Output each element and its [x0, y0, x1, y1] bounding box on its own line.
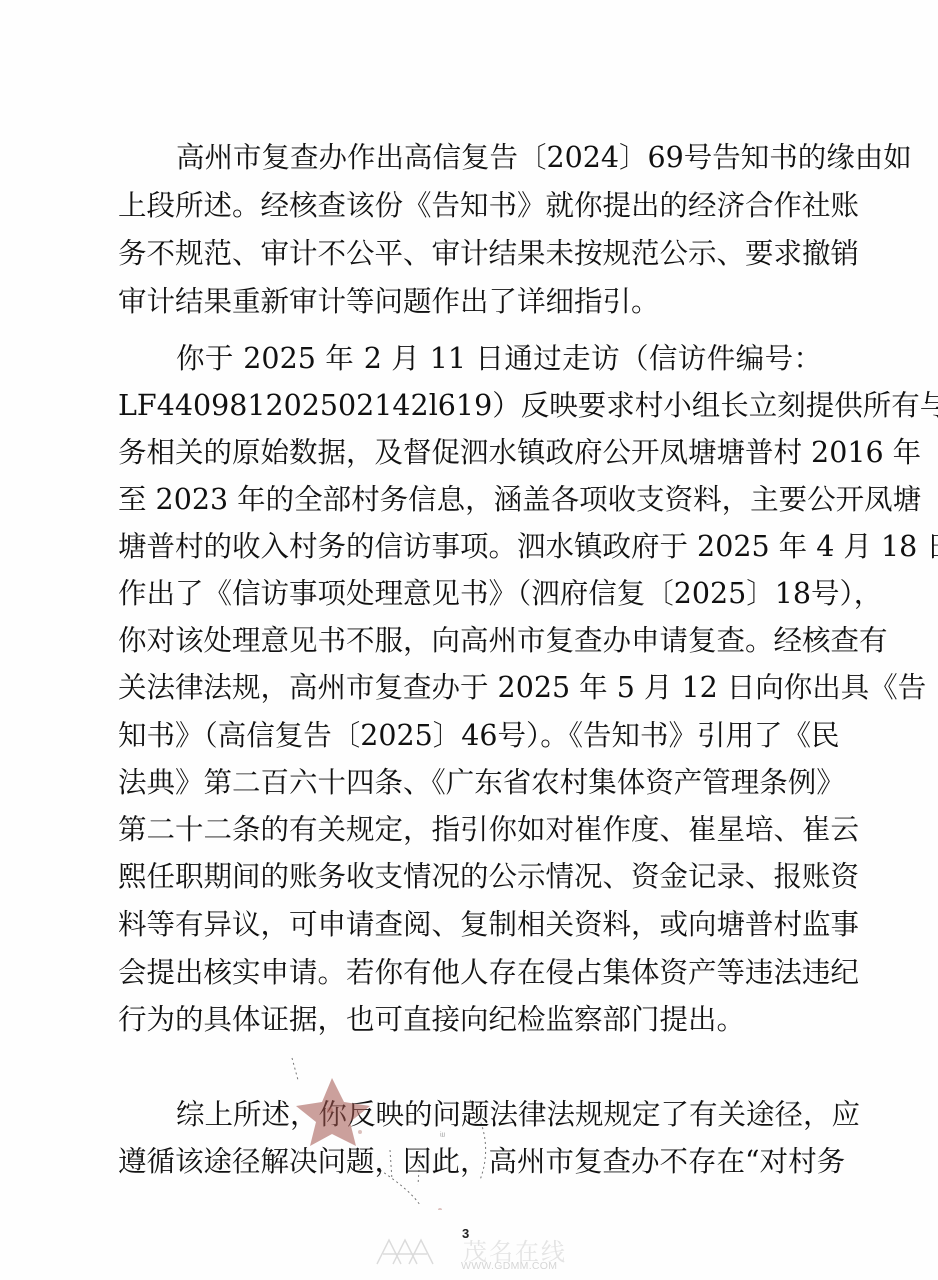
paragraph-2-line-8: 关法律法规，高州市复查办于 2025 年 5 月 12 日向你出具《告 — [118, 668, 822, 708]
watermark: 茂名在线 WWW.GDMM.COM — [375, 1232, 585, 1276]
paragraph-2-line-1: 你于 2025 年 2 月 11 日通过走访（信访件编号： — [176, 339, 822, 379]
paragraph-1-line-4: 审计结果重新审计等问题作出了详细指引。 — [118, 282, 822, 322]
watermark-url: WWW.GDMM.COM — [461, 1260, 557, 1272]
paragraph-2-line-3: 务相关的原始数据，及督促泗水镇政府公开凤塘塘普村 2016 年 — [118, 433, 822, 473]
document-page: 高州市复查办作出高信复告〔2024〕69号告知书的缘由如 上段所述。经核查该份《… — [0, 0, 938, 1280]
paragraph-2-line-2: LF440981202502142l619）反映要求村小组长立刻提供所有与村 — [118, 386, 822, 426]
paragraph-1-line-1: 高州市复查办作出高信复告〔2024〕69号告知书的缘由如 — [176, 138, 822, 178]
paragraph-2-line-4: 至 2023 年的全部村务信息，涵盖各项收支资料，主要公开凤塘 — [118, 480, 822, 520]
paragraph-2-line-14: 会提出核实申请。若你有他人存在侵占集体资产等违法违纪 — [118, 953, 822, 993]
paragraph-2-line-10: 法典》第二百六十四条、《广东省农村集体资产管理条例》 — [118, 763, 822, 803]
mm-logo-icon — [375, 1234, 437, 1270]
paragraph-2-line-11: 第二十二条的有关规定，指引你如对崔作度、崔星培、崔云 — [118, 810, 822, 850]
paragraph-1-line-2: 上段所述。经核查该份《告知书》就你提出的经济合作社账 — [118, 186, 822, 226]
paragraph-2-line-7: 你对该处理意见书不服，向高州市复查办申请复查。经核查有 — [118, 621, 822, 661]
paragraph-3-line-1: 综上所述，你反映的问题法律法规规定了有关途径，应 — [176, 1095, 822, 1135]
paragraph-2-line-12: 熙任职期间的账务收支情况的公示情况、资金记录、报账资 — [118, 857, 822, 897]
paragraph-2-line-6: 作出了《信访事项处理意见书》（泗府信复〔2025〕18号）， — [118, 574, 822, 614]
paragraph-1-line-3: 务不规范、审计不公平、审计结果未按规范公示、要求撤销 — [118, 234, 822, 274]
paragraph-3-line-2: 遵循该途径解决问题，因此，高州市复查办不存在“对村务 — [118, 1142, 822, 1182]
watermark-logo-text: 茂名在线 — [463, 1232, 567, 1267]
paragraph-2-line-9: 知书》（高信复告〔2025〕46号）。《告知书》引用了《民 — [118, 716, 822, 756]
paragraph-2-line-5: 塘普村的收入村务的信访事项。泗水镇政府于 2025 年 4 月 18 日 — [118, 527, 822, 567]
paragraph-2-line-15: 行为的具体证据，也可直接向纪检监察部门提出。 — [118, 1000, 822, 1040]
paragraph-2-line-13: 料等有异议，可申请查阅、复制相关资料，或向塘普村监事 — [118, 905, 822, 945]
page-number: 3 — [462, 1226, 469, 1241]
